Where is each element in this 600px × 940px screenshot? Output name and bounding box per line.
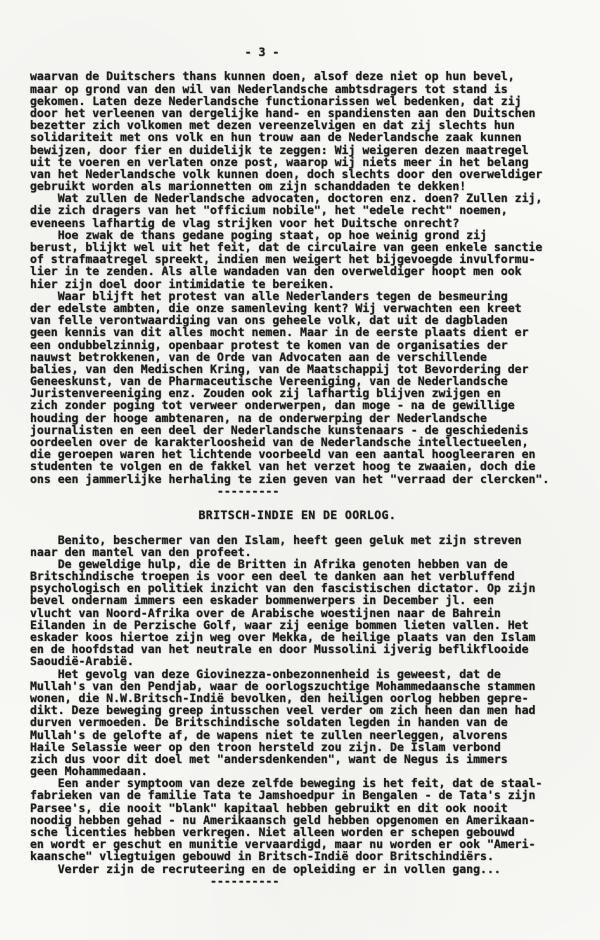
text-line: Saoudië-Arabië. (30, 655, 594, 667)
document-lines: - 3 -waarvan de Duitschers thans kunnen … (30, 46, 594, 887)
text-line: hier zijn doel door intimidatie te berei… (30, 278, 594, 290)
text-line: vlucht van Noord-Afrika over de Arabisch… (30, 607, 594, 619)
text-line: Benito, beschermer van den Islam, heeft … (30, 534, 594, 546)
text-line: fabrieken van de familie Tata te Jamshoe… (30, 789, 594, 801)
text-line: durven vermoeden. De Britschindische sol… (30, 716, 594, 728)
text-line: studenten te volgen en de fakkel van het… (30, 460, 594, 472)
text-line: ons een jammerlijke herhaling te zien ge… (30, 473, 594, 485)
text-line: maar op grond van den wil van Nederlands… (30, 83, 594, 95)
text-line: Het gevolg van deze Giovinezza-onbezonne… (30, 668, 594, 680)
text-line: zich zonder poging tot verweer onderwerp… (30, 399, 594, 411)
text-line: Parsee's, die nooit "blank" kapitaal heb… (30, 802, 594, 814)
blank-line (30, 521, 594, 533)
section-divider: ---------- (30, 875, 594, 887)
text-line: bevel ondernam immers een eskader bommen… (30, 594, 594, 606)
text-line: een ondubbelzinnig, openbaar protest te … (30, 339, 594, 351)
text-line: Verder zijn de recruteering en de opleid… (30, 863, 594, 875)
text-line: solidariteit met ons volk en hun trouw a… (30, 131, 594, 143)
page-number: - 3 - (30, 46, 594, 58)
scanned-document-page: - 3 -waarvan de Duitschers thans kunnen … (0, 0, 600, 940)
text-line: die zich dragers van het "officium nobil… (30, 204, 594, 216)
text-line: waarvan de Duitschers thans kunnen doen,… (30, 70, 594, 82)
text-line: lier in te zenden. Als alle wandaden van… (30, 265, 594, 277)
text-line: bewijzen, door fier en duidelijk te zegg… (30, 144, 594, 156)
text-line: geen kennis van dit alles mocht nemen. M… (30, 326, 594, 338)
text-line: Mullah's de gelofte af, de wapens niet t… (30, 729, 594, 741)
text-line: houding der hooge ambtenaren, na de onde… (30, 412, 594, 424)
text-line: kaansche" vliegtuigen gebouwd in Britsch… (30, 850, 594, 862)
article-heading: BRITSCH-INDIE EN DE OORLOG. (30, 509, 594, 521)
text-line: eveneens lafhartig de vlag strijken voor… (30, 217, 594, 229)
section-divider: --------- (30, 485, 594, 497)
